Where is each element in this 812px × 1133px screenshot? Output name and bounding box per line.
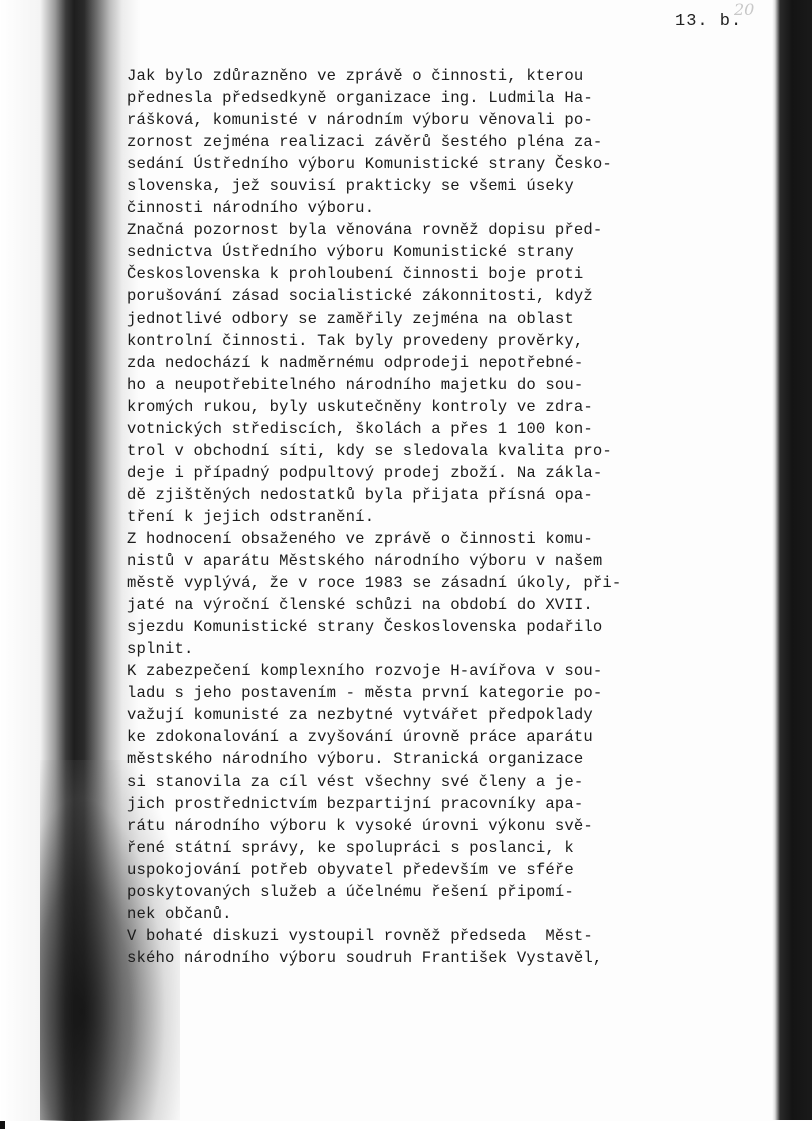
text-line: ladu s jeho postavením - města první kat… [127,682,687,704]
text-line: ského národního výboru soudruh František… [127,947,687,969]
text-line: činnosti národního výboru. [127,197,687,219]
paragraph: Značná pozornost byla věnována rovněž do… [127,219,687,528]
text-line: rátu národního výboru k vysoké úrovni vý… [127,815,687,837]
text-line: Jak bylo zdůrazněno ve zprávě o činnosti… [127,65,687,87]
text-line: splnit. [127,638,687,660]
paragraph: V bohaté diskuzi vystoupil rovněž předse… [127,925,687,969]
text-line: nek občanů. [127,903,687,925]
text-line: rášková, komunisté v národním výboru věn… [127,109,687,131]
text-line: dě zjištěných nedostatků byla přijata př… [127,484,687,506]
text-line: V bohaté diskuzi vystoupil rovněž předse… [127,925,687,947]
text-line: ke zdokonalování a zvyšování úrovně prác… [127,726,687,748]
paragraph: Z hodnocení obsaženého ve zprávě o činno… [127,528,687,660]
paragraph: Jak bylo zdůrazněno ve zprávě o činnosti… [127,65,687,219]
text-line: deje i případný podpultový prodej zboží.… [127,462,687,484]
scan-shadow-right [772,0,812,1120]
text-line: městě vyplývá, že v roce 1983 se zásadní… [127,572,687,594]
page-number: 13. b. [675,12,742,31]
text-line: votnických střediscích, školách a přes 1… [127,418,687,440]
text-line: nistů v aparátu Městského národního výbo… [127,550,687,572]
text-line: sedání Ústředního výboru Komunistické st… [127,153,687,175]
text-line: Československa k prohloubení činnosti bo… [127,263,687,285]
text-line: Z hodnocení obsaženého ve zprávě o činno… [127,528,687,550]
text-line: jaté na výroční členské schůzi na období… [127,594,687,616]
text-line: zda nedochází k nadměrnému odprodeji nep… [127,352,687,374]
text-line: sednictva Ústředního výboru Komunistické… [127,241,687,263]
scan-bottom-edge [0,1121,812,1133]
text-line: jednotlivé odbory se zaměřily zejména na… [127,308,687,330]
scan-corner-mark [0,1121,5,1129]
text-line: sjezdu Komunistické strany Československ… [127,616,687,638]
text-line: Značná pozornost byla věnována rovněž do… [127,219,687,241]
document-body: Jak bylo zdůrazněno ve zprávě o činnosti… [127,65,687,969]
text-line: trol v obchodní síti, kdy se sledovala k… [127,440,687,462]
text-line: řené státní správy, ke spolupráci s posl… [127,837,687,859]
text-line: kromých rukou, byly uskutečněny kontroly… [127,396,687,418]
paragraph: K zabezpečení komplexního rozvoje H-avíř… [127,660,687,925]
text-line: porušování zásad socialistické zákonnito… [127,285,687,307]
text-line: městského národního výboru. Stranická or… [127,748,687,770]
text-line: poskytovaných služeb a účelnému řešení p… [127,881,687,903]
text-line: K zabezpečení komplexního rozvoje H-avíř… [127,660,687,682]
text-line: zornost zejména realizaci závěrů šestého… [127,131,687,153]
text-line: kontrolní činnosti. Tak byly provedeny p… [127,330,687,352]
text-line: slovenska, jež souvisí prakticky se všem… [127,175,687,197]
text-line: važují komunisté za nezbytné vytvářet př… [127,704,687,726]
text-line: jich prostřednictvím bezpartijní pracovn… [127,793,687,815]
text-line: ho a neupotřebitelného národního majetku… [127,374,687,396]
text-line: přednesla předsedkyně organizace ing. Lu… [127,87,687,109]
text-line: tření k jejich odstranění. [127,506,687,528]
text-line: uspokojování potřeb obyvatel především v… [127,859,687,881]
text-line: si stanovila za cíl vést všechny své čle… [127,771,687,793]
